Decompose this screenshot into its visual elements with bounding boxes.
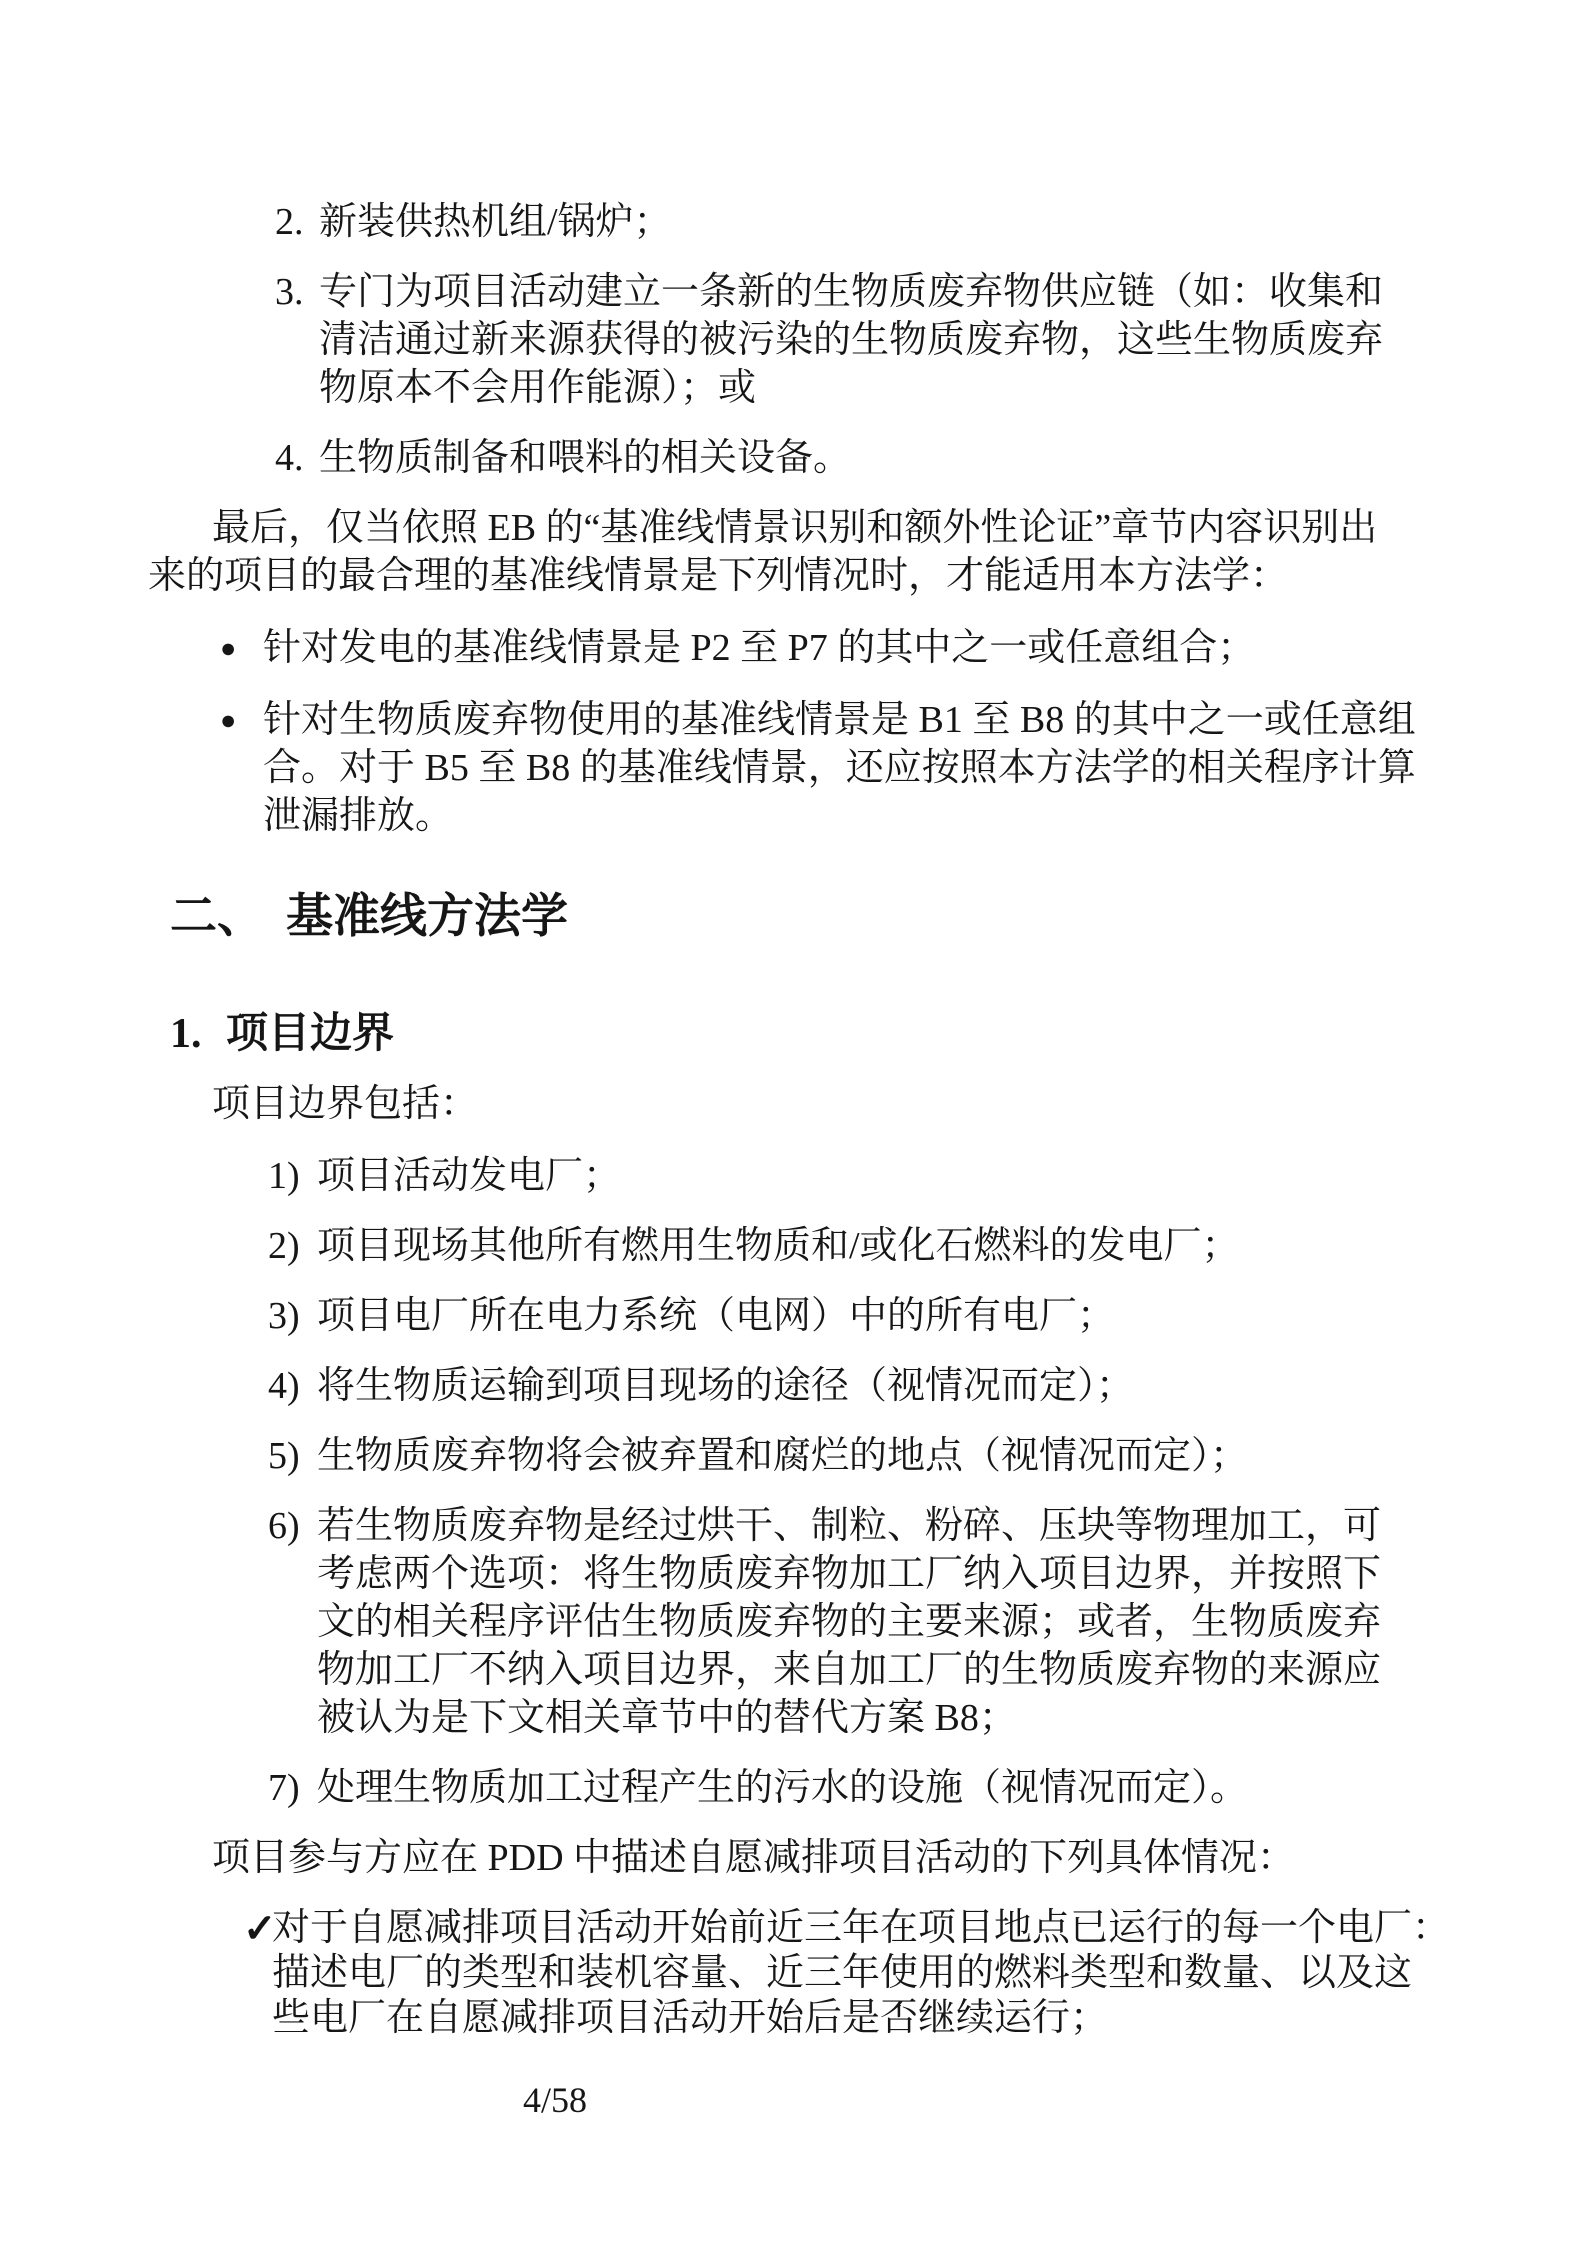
list-item-4: 4.生物质制备和喂料的相关设备。: [275, 434, 1448, 482]
sub-item-4-number: 4): [268, 1362, 317, 1410]
bullet-icon: ●: [220, 624, 263, 672]
paragraph-boundary-includes-line-1: 项目边界包括：: [148, 1080, 1448, 1128]
sub-item-6-line-2: 考虑两个选项：将生物质废弃物加工厂纳入项目边界，并按照下: [317, 1550, 1381, 1598]
sub-item-7-line-1: 处理生物质加工过程产生的污水的设施（视情况而定）。: [317, 1764, 1248, 1812]
heading-baseline-methodology-title: 基准线方法学: [286, 888, 568, 946]
paragraph-finally-line-2: 来的项目的最合理的基准线情景是下列情况时，才能适用本方法学：: [148, 552, 1448, 600]
list-item-2-number: 2.: [275, 198, 319, 246]
sub-item-4-text: 将生物质运输到项目现场的途径（视情况而定）；: [317, 1362, 1134, 1410]
check-item-existing-plants-line-1: 对于自愿减排项目活动开始前近三年在项目地点已运行的每一个电厂：: [272, 1906, 1450, 1951]
sub-item-4: 4)将生物质运输到项目现场的途径（视情况而定）；: [268, 1362, 1448, 1410]
sub-item-2-text: 项目现场其他所有燃用生物质和/或化石燃料的发电厂；: [317, 1222, 1240, 1270]
sub-item-7-number: 7): [268, 1764, 317, 1812]
sub-item-4-line-1: 将生物质运输到项目现场的途径（视情况而定）；: [317, 1362, 1134, 1410]
check-item-existing-plants-line-3: 些电厂在自愿减排项目活动开始后是否继续运行；: [272, 1996, 1450, 2041]
paragraph-pdd: 项目参与方应在 PDD 中描述自愿减排项目活动的下列具体情况：: [148, 1834, 1448, 1882]
check-icon: ✓: [243, 1906, 272, 2041]
list-item-3-number: 3.: [275, 268, 319, 412]
section-project-boundary-number: 1.: [170, 1008, 226, 1060]
document-body: 2.新装供热机组/锅炉；3.专门为项目活动建立一条新的生物质废弃物供应链（如：收…: [148, 198, 1448, 2063]
bullet-icon: ●: [220, 696, 263, 840]
section-project-boundary: 1.项目边界: [170, 1008, 1448, 1060]
check-item-existing-plants-text: 对于自愿减排项目活动开始前近三年在项目地点已运行的每一个电厂：描述电厂的类型和装…: [272, 1906, 1450, 2041]
list-item-4-number: 4.: [275, 434, 319, 482]
bullet-item-power-line-1: 针对发电的基准线情景是 P2 至 P7 的其中之一或任意组合；: [263, 624, 1255, 672]
sub-item-6-line-4: 物加工厂不纳入项目边界，来自加工厂的生物质废弃物的来源应: [317, 1646, 1381, 1694]
sub-item-7-text: 处理生物质加工过程产生的污水的设施（视情况而定）。: [317, 1764, 1248, 1812]
bullet-item-biomass-line-1: 针对生物质废弃物使用的基准线情景是 B1 至 B8 的其中之一或任意组: [263, 696, 1416, 744]
paragraph-pdd-line-1: 项目参与方应在 PDD 中描述自愿减排项目活动的下列具体情况：: [148, 1834, 1448, 1882]
list-item-2: 2.新装供热机组/锅炉；: [275, 198, 1448, 246]
heading-baseline-methodology: 二、基准线方法学: [170, 888, 1448, 946]
bullet-item-biomass-text: 针对生物质废弃物使用的基准线情景是 B1 至 B8 的其中之一或任意组合。对于 …: [263, 696, 1416, 840]
heading-baseline-methodology-number: 二、: [170, 888, 264, 946]
sub-item-6-text: 若生物质废弃物是经过烘干、制粒、粉碎、压块等物理加工，可考虑两个选项：将生物质废…: [317, 1502, 1381, 1742]
check-item-existing-plants: ✓对于自愿减排项目活动开始前近三年在项目地点已运行的每一个电厂：描述电厂的类型和…: [243, 1906, 1448, 2041]
sub-item-6-number: 6): [268, 1502, 317, 1742]
paragraph-boundary-includes: 项目边界包括：: [148, 1080, 1448, 1128]
page-number: 4/58: [0, 2078, 1110, 2122]
list-item-2-text: 新装供热机组/锅炉；: [319, 198, 672, 246]
check-item-existing-plants-line-2: 描述电厂的类型和装机容量、近三年使用的燃料类型和数量、以及这: [272, 1951, 1450, 1996]
sub-item-5-text: 生物质废弃物将会被弃置和腐烂的地点（视情况而定）；: [317, 1432, 1248, 1480]
sub-item-6: 6)若生物质废弃物是经过烘干、制粒、粉碎、压块等物理加工，可考虑两个选项：将生物…: [268, 1502, 1448, 1742]
list-item-3-line-3: 物原本不会用作能源）；或: [319, 364, 1383, 412]
sub-item-7: 7)处理生物质加工过程产生的污水的设施（视情况而定）。: [268, 1764, 1448, 1812]
list-item-3: 3.专门为项目活动建立一条新的生物质废弃物供应链（如：收集和清洁通过新来源获得的…: [275, 268, 1448, 412]
sub-item-5-line-1: 生物质废弃物将会被弃置和腐烂的地点（视情况而定）；: [317, 1432, 1248, 1480]
sub-item-6-line-5: 被认为是下文相关章节中的替代方案 B8；: [317, 1694, 1381, 1742]
sub-item-1-line-1: 项目活动发电厂；: [317, 1152, 621, 1200]
list-item-3-text: 专门为项目活动建立一条新的生物质废弃物供应链（如：收集和清洁通过新来源获得的被污…: [319, 268, 1383, 412]
bullet-item-biomass: ●针对生物质废弃物使用的基准线情景是 B1 至 B8 的其中之一或任意组合。对于…: [220, 696, 1448, 840]
sub-item-2-line-1: 项目现场其他所有燃用生物质和/或化石燃料的发电厂；: [317, 1222, 1240, 1270]
sub-item-2-number: 2): [268, 1222, 317, 1270]
sub-item-1-text: 项目活动发电厂；: [317, 1152, 621, 1200]
list-item-2-line-1: 新装供热机组/锅炉；: [319, 198, 672, 246]
sub-item-1: 1)项目活动发电厂；: [268, 1152, 1448, 1200]
bullet-item-power-text: 针对发电的基准线情景是 P2 至 P7 的其中之一或任意组合；: [263, 624, 1255, 672]
sub-item-2: 2)项目现场其他所有燃用生物质和/或化石燃料的发电厂；: [268, 1222, 1448, 1270]
list-item-4-line-1: 生物质制备和喂料的相关设备。: [319, 434, 851, 482]
list-item-3-line-1: 专门为项目活动建立一条新的生物质废弃物供应链（如：收集和: [319, 268, 1383, 316]
sub-item-3-text: 项目电厂所在电力系统（电网）中的所有电厂；: [317, 1292, 1115, 1340]
list-item-4-text: 生物质制备和喂料的相关设备。: [319, 434, 851, 482]
sub-item-5-number: 5): [268, 1432, 317, 1480]
sub-item-3: 3)项目电厂所在电力系统（电网）中的所有电厂；: [268, 1292, 1448, 1340]
sub-item-6-line-1: 若生物质废弃物是经过烘干、制粒、粉碎、压块等物理加工，可: [317, 1502, 1381, 1550]
list-item-3-line-2: 清洁通过新来源获得的被污染的生物质废弃物，这些生物质废弃: [319, 316, 1383, 364]
sub-item-1-number: 1): [268, 1152, 317, 1200]
page: { "page": { "footer": "4/58" }, "documen…: [0, 0, 1587, 2245]
sub-item-5: 5)生物质废弃物将会被弃置和腐烂的地点（视情况而定）；: [268, 1432, 1448, 1480]
bullet-item-power: ●针对发电的基准线情景是 P2 至 P7 的其中之一或任意组合；: [220, 624, 1448, 672]
bullet-item-biomass-line-3: 泄漏排放。: [263, 792, 1416, 840]
sub-item-3-number: 3): [268, 1292, 317, 1340]
bullet-item-biomass-line-2: 合。对于 B5 至 B8 的基准线情景，还应按照本方法学的相关程序计算: [263, 744, 1416, 792]
section-project-boundary-title: 项目边界: [226, 1008, 394, 1060]
sub-item-3-line-1: 项目电厂所在电力系统（电网）中的所有电厂；: [317, 1292, 1115, 1340]
paragraph-finally: 最后，仅当依照 EB 的“基准线情景识别和额外性论证”章节内容识别出来的项目的最…: [148, 504, 1448, 600]
paragraph-finally-line-1: 最后，仅当依照 EB 的“基准线情景识别和额外性论证”章节内容识别出: [148, 504, 1448, 552]
sub-item-6-line-3: 文的相关程序评估生物质废弃物的主要来源；或者，生物质废弃: [317, 1598, 1381, 1646]
